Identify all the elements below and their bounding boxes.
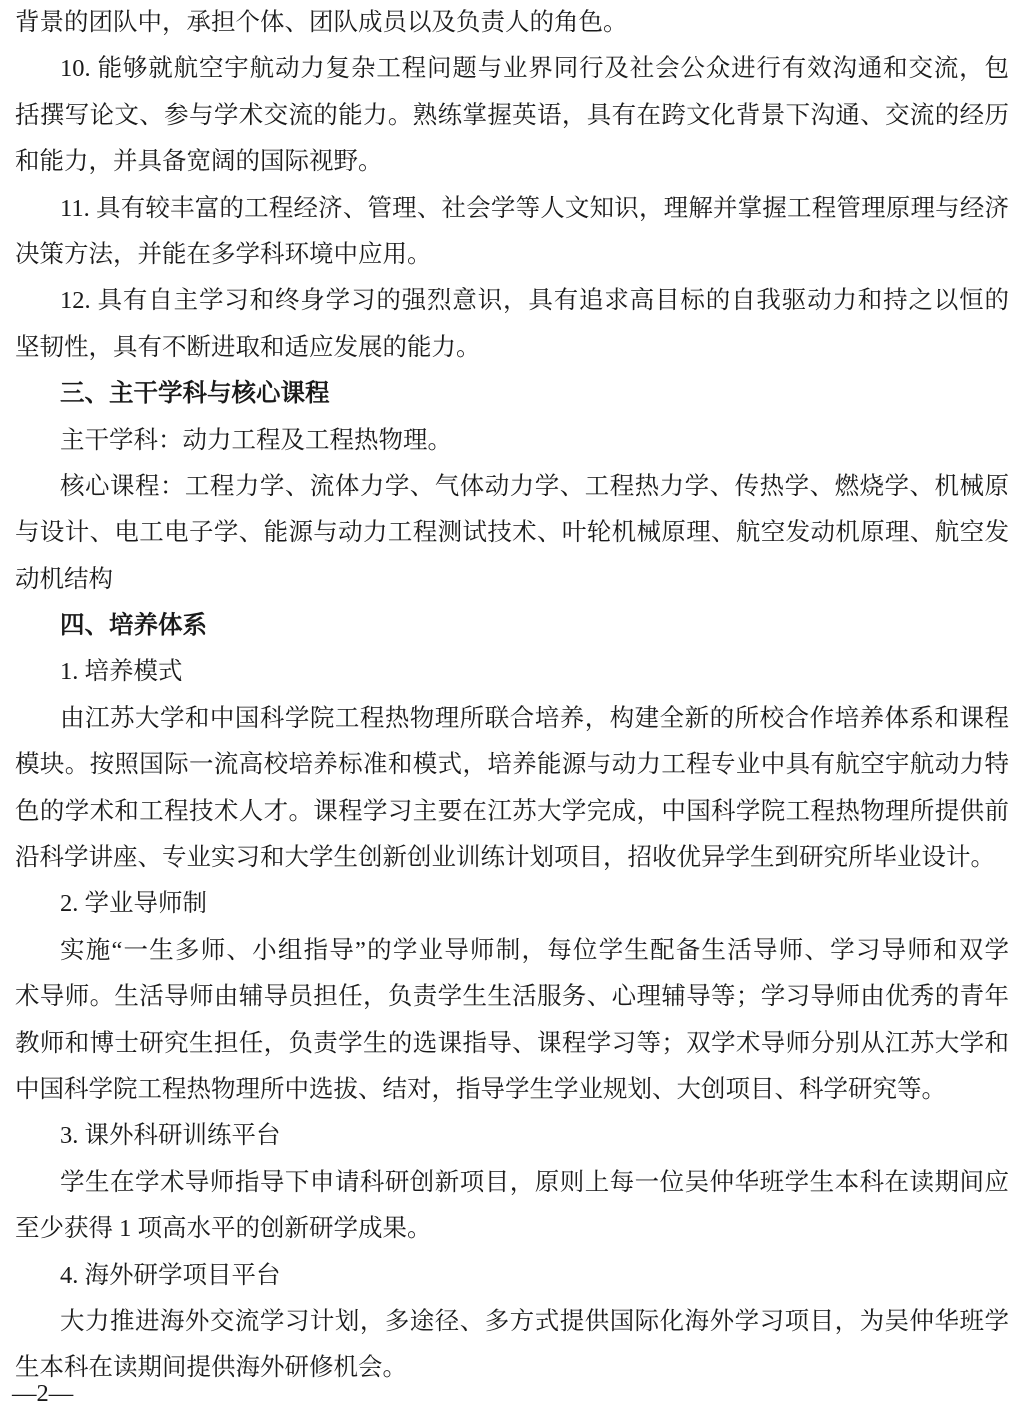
text-line: 和能力，并具备宽阔的国际视野。: [15, 139, 1009, 185]
subsection-2-title: 2. 学业导师制: [15, 881, 1009, 927]
text-line: 至少获得 1 项高水平的创新研学成果。: [15, 1206, 1009, 1252]
text-line: 4. 海外研学项目平台: [15, 1253, 1009, 1299]
text-line: 1. 培养模式: [15, 649, 1009, 695]
text-line: 色的学术和工程技术人才。课程学习主要在江苏大学完成，中国科学院工程热物理所提供前: [15, 789, 1009, 835]
text-line: 11. 具有较丰富的工程经济、管理、社会学等人文知识，理解并掌握工程管理原理与经…: [15, 186, 1009, 232]
text-line: 由江苏大学和中国科学院工程热物理所联合培养，构建全新的所校合作培养体系和课程: [15, 696, 1009, 742]
document-page: 背景的团队中，承担个体、团队成员以及负责人的角色。10. 能够就航空宇航动力复杂…: [0, 0, 1024, 1413]
section-heading-4: 四、培养体系: [15, 603, 1009, 649]
text-line: 2. 学业导师制: [15, 881, 1009, 927]
item-11: 11. 具有较丰富的工程经济、管理、社会学等人文知识，理解并掌握工程管理原理与经…: [15, 186, 1009, 279]
paragraph-core-courses: 核心课程：工程力学、流体力学、气体动力学、工程热力学、传热学、燃烧学、机械原理与…: [15, 464, 1009, 603]
text-line: 沿科学讲座、专业实习和大学生创新创业训练计划项目，招收优异学生到研究所毕业设计。: [15, 835, 1009, 881]
text-line: 实施“一生多师、小组指导”的学业导师制，每位学生配备生活导师、学习导师和双学: [15, 928, 1009, 974]
text-line: 大力推进海外交流学习计划，多途径、多方式提供国际化海外学习项目，为吴仲华班学: [15, 1299, 1009, 1345]
text-line: 与设计、电工电子学、能源与动力工程测试技术、叶轮机械原理、航空发动机原理、航空发: [15, 510, 1009, 556]
text-line: 12. 具有自主学习和终身学习的强烈意识，具有追求高目标的自我驱动力和持之以恒的: [15, 278, 1009, 324]
text-line: 背景的团队中，承担个体、团队成员以及负责人的角色。: [15, 0, 1009, 46]
text-line: 坚韧性，具有不断进取和适应发展的能力。: [15, 325, 1009, 371]
subsection-3-title: 3. 课外科研训练平台: [15, 1113, 1009, 1159]
text-line: 括撰写论文、参与学术交流的能力。熟练掌握英语，具有在跨文化背景下沟通、交流的经历: [15, 93, 1009, 139]
paragraph-mentor-system: 实施“一生多师、小组指导”的学业导师制，每位学生配备生活导师、学习导师和双学术导…: [15, 928, 1009, 1114]
paragraph-research-training: 学生在学术导师指导下申请科研创新项目，原则上每一位吴仲华班学生本科在读期间应至少…: [15, 1160, 1009, 1253]
page-number: —2—: [12, 1378, 73, 1410]
text-line: 决策方法，并能在多学科环境中应用。: [15, 232, 1009, 278]
subsection-4-title: 4. 海外研学项目平台: [15, 1253, 1009, 1299]
text-line: 生本科在读期间提供海外研修机会。: [15, 1345, 1009, 1391]
section-heading-3: 三、主干学科与核心课程: [15, 371, 1009, 417]
paragraph-main-discipline: 主干学科：动力工程及工程热物理。: [15, 418, 1009, 464]
item-12: 12. 具有自主学习和终身学习的强烈意识，具有追求高目标的自我驱动力和持之以恒的…: [15, 278, 1009, 371]
paragraph-training-mode: 由江苏大学和中国科学院工程热物理所联合培养，构建全新的所校合作培养体系和课程模块…: [15, 696, 1009, 882]
item-10: 10. 能够就航空宇航动力复杂工程问题与业界同行及社会公众进行有效沟通和交流，包…: [15, 46, 1009, 185]
text-line: 三、主干学科与核心课程: [15, 371, 1009, 417]
text-body: 背景的团队中，承担个体、团队成员以及负责人的角色。10. 能够就航空宇航动力复杂…: [15, 0, 1009, 1392]
subsection-1-title: 1. 培养模式: [15, 649, 1009, 695]
text-line: 3. 课外科研训练平台: [15, 1113, 1009, 1159]
text-line: 术导师。生活导师由辅导员担任，负责学生生活服务、心理辅导等；学习导师由优秀的青年: [15, 974, 1009, 1020]
text-line: 核心课程：工程力学、流体力学、气体动力学、工程热力学、传热学、燃烧学、机械原理: [15, 464, 1009, 510]
text-line: 模块。按照国际一流高校培养标准和模式，培养能源与动力工程专业中具有航空宇航动力特: [15, 742, 1009, 788]
paragraph-continuation: 背景的团队中，承担个体、团队成员以及负责人的角色。: [15, 0, 1009, 46]
text-line: 10. 能够就航空宇航动力复杂工程问题与业界同行及社会公众进行有效沟通和交流，包: [15, 46, 1009, 92]
text-line: 中国科学院工程热物理所中选拔、结对，指导学生学业规划、大创项目、科学研究等。: [15, 1067, 1009, 1113]
text-line: 学生在学术导师指导下申请科研创新项目，原则上每一位吴仲华班学生本科在读期间应: [15, 1160, 1009, 1206]
text-line: 教师和博士研究生担任，负责学生的选课指导、课程学习等；双学术导师分别从江苏大学和: [15, 1021, 1009, 1067]
text-line: 主干学科：动力工程及工程热物理。: [15, 418, 1009, 464]
text-line: 动机结构: [15, 557, 1009, 603]
text-line: 四、培养体系: [15, 603, 1009, 649]
paragraph-overseas-study: 大力推进海外交流学习计划，多途径、多方式提供国际化海外学习项目，为吴仲华班学生本…: [15, 1299, 1009, 1392]
